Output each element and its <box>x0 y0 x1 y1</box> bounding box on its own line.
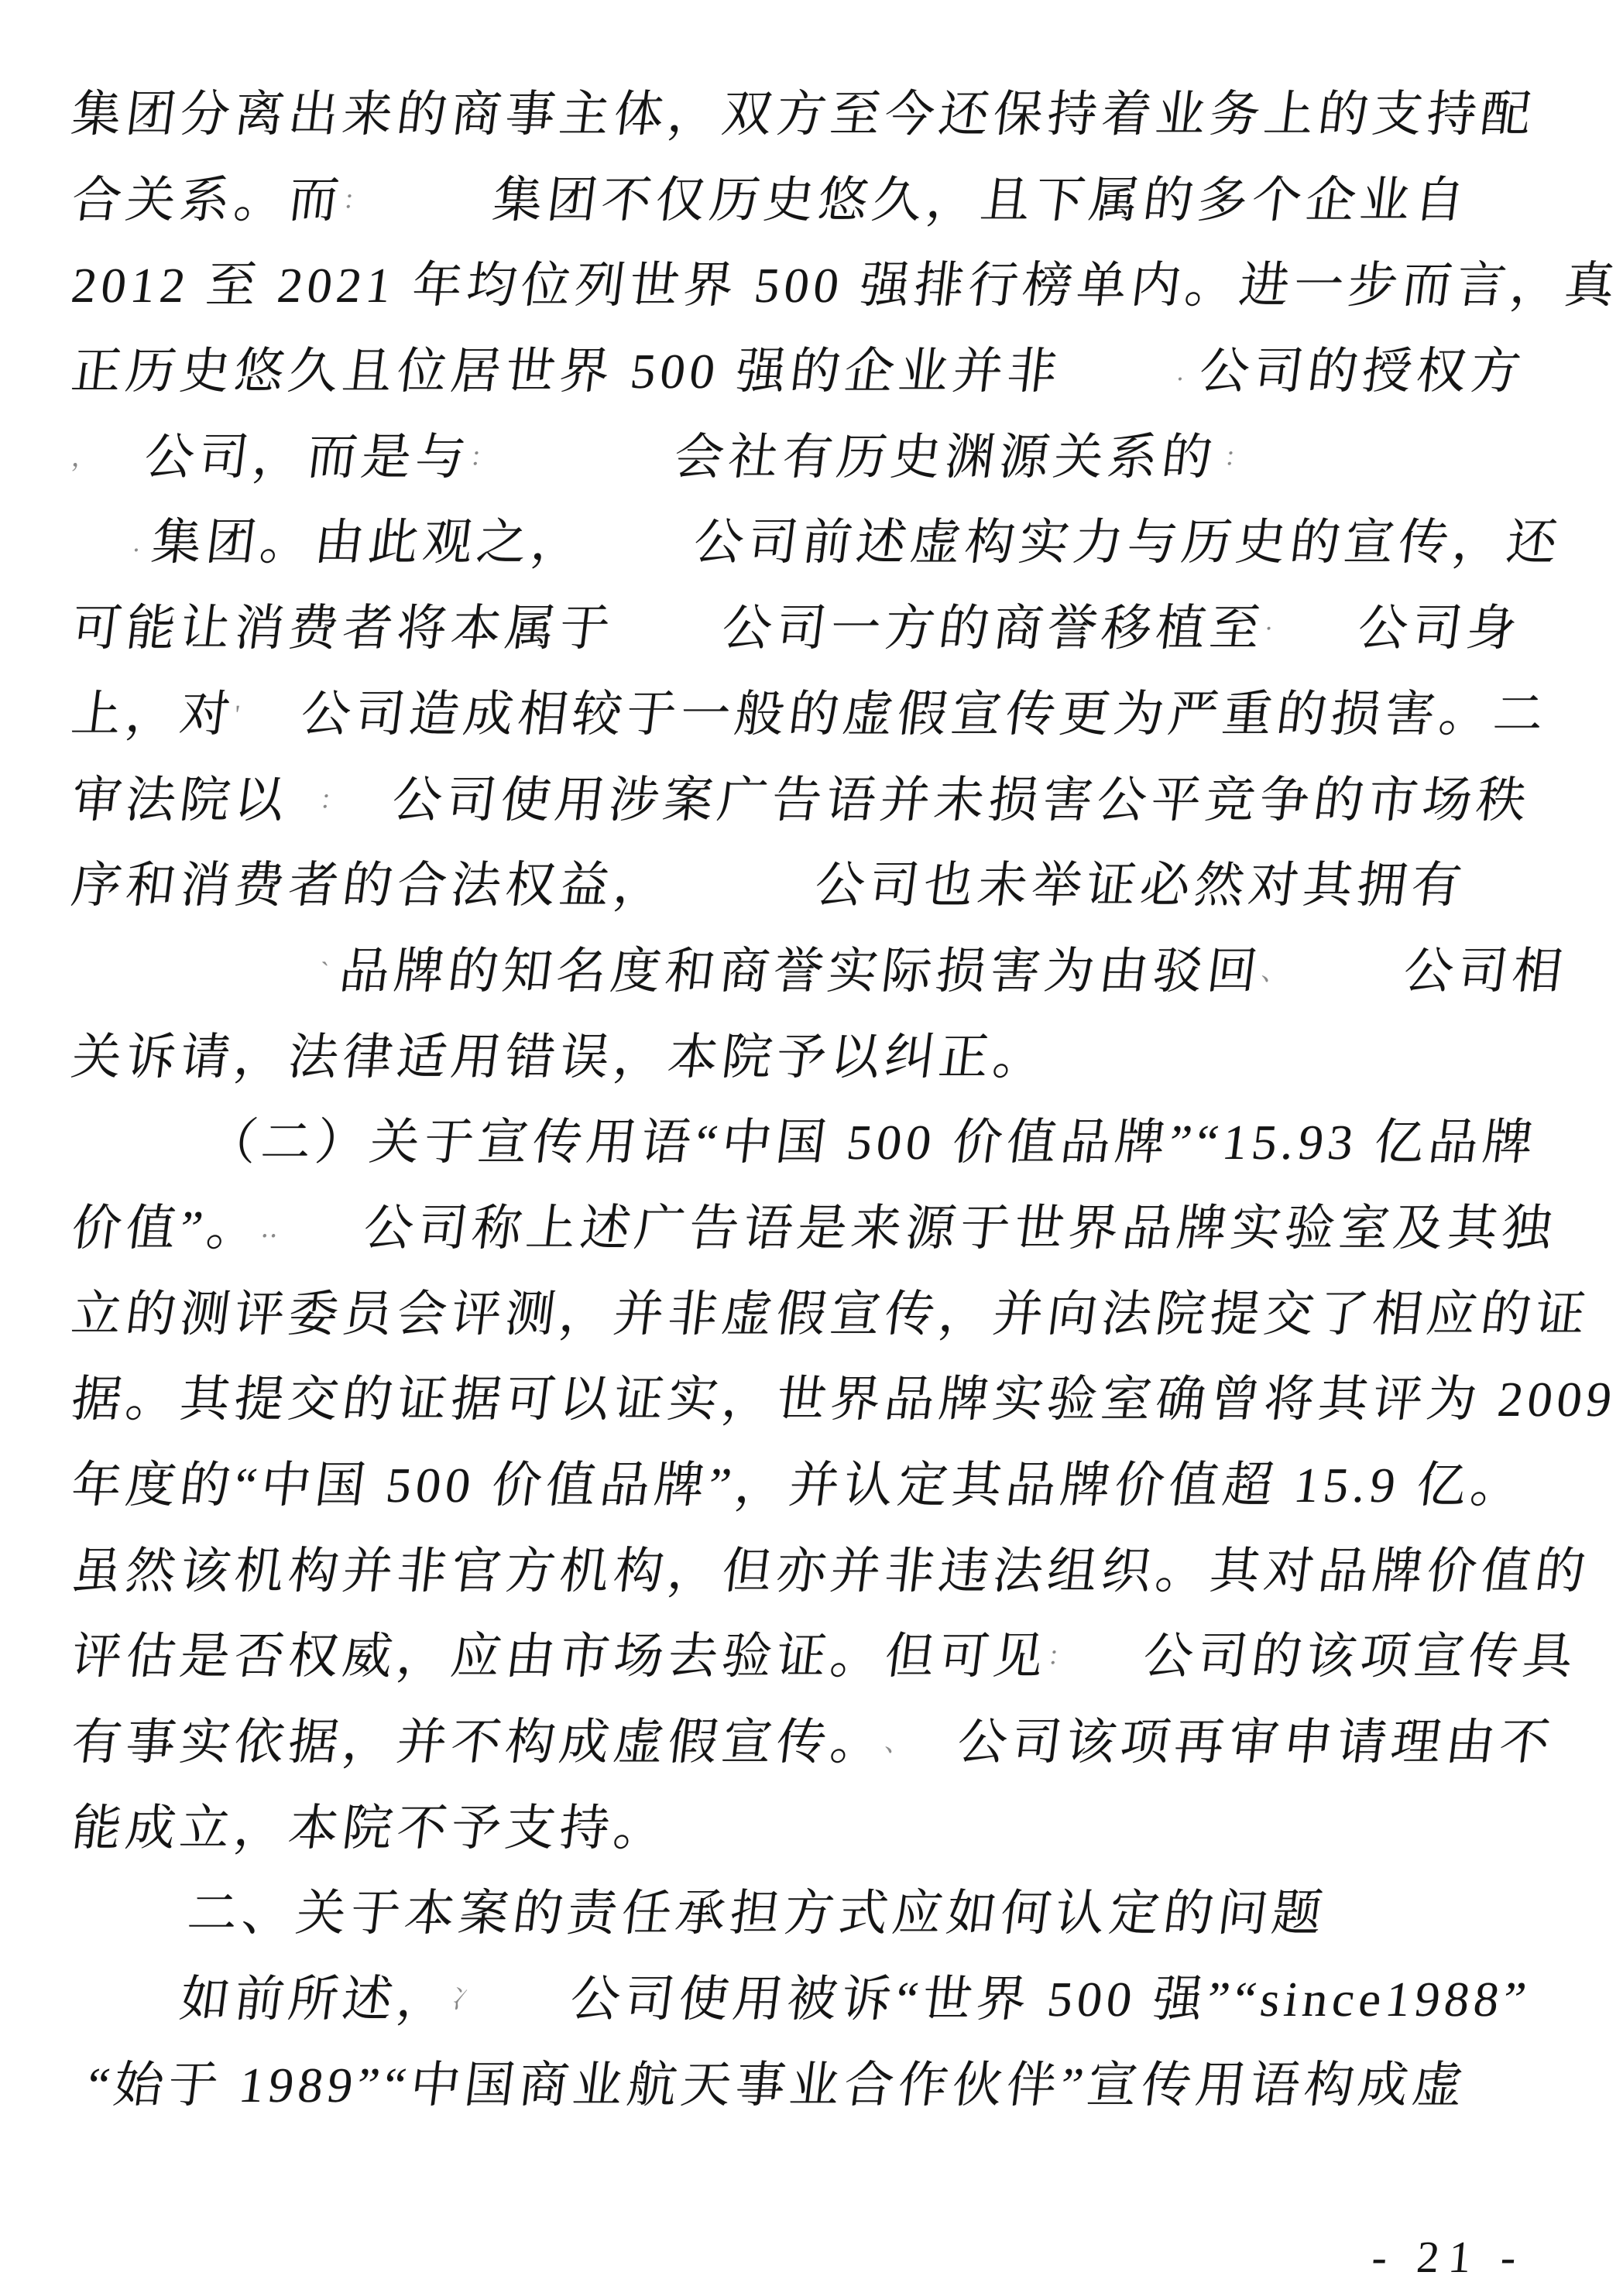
text-segment: 序和消费者的合法权益， <box>68 858 671 913</box>
text-line: 合关系。而：集团不仅历史悠久，且下属的多个企业自 <box>65 173 1605 259</box>
text-line: 2012 至 2021 年均位列世界 500 强排行榜单内。进一步而言，真 <box>65 258 1605 344</box>
redaction-mark: ， <box>68 430 101 486</box>
redaction-gap <box>1286 982 1403 988</box>
text-line: 价值”。‥公司称上述广告语是来源于世界品牌实验室及其独 <box>65 1201 1605 1287</box>
text-segment: 上，对 <box>68 687 238 742</box>
redaction-gap <box>96 468 143 474</box>
redaction-gap <box>1072 1667 1142 1673</box>
text-line: （二）关于宣传用语“中国 500 价值品牌”“15.93 亿品牌 <box>65 1115 1605 1201</box>
redaction-mark: ： <box>1220 430 1254 486</box>
text-line: 虽然该机构并非官方机构，但亦并非违法组织。其对品牌价值的 <box>65 1544 1605 1629</box>
redaction-gap <box>139 553 151 559</box>
text-line: 有事实依据，并不构成虚假宣传。、公司该项再审申请理由不 <box>65 1715 1605 1801</box>
text-segment: 有事实依据，并不构成虚假宣传。 <box>68 1715 888 1770</box>
text-segment: 公司称上述广告语是来源于世界品牌实验室及其独 <box>360 1201 1560 1256</box>
text-segment: 集团不仅历史悠久，且下属的多个企业自 <box>489 173 1472 228</box>
text-segment: 公司相 <box>1401 944 1570 999</box>
text-line: .集团。由此观之，公司前述虚构实力与历史的宣传，还 <box>65 515 1605 601</box>
text-line: `品牌的知名度和商誉实际损害为由驳回、公司相 <box>65 944 1605 1030</box>
text-line: 年度的“中国 500 价值品牌”，并认定其品牌价值超 15.9 亿。 <box>65 1458 1605 1544</box>
text-segment: 公司的该项宣传具 <box>1140 1629 1580 1684</box>
text-line: 审法院以：公司使用涉案广告语并未损害公平竞争的市场秩 <box>65 773 1605 858</box>
text-line: 立的测评委员会评测，并非虚假宣传，并向法院提交了相应的证 <box>65 1287 1605 1372</box>
text-segment: 公司该项再审申请理由不 <box>954 1715 1557 1770</box>
text-line: 关诉请，法律适用错误，本院予以纠正。 <box>65 1030 1605 1115</box>
text-segment: 集团分离出来的商事主体，双方至今还保持着业务上的支持配 <box>68 87 1539 142</box>
text-segment: 二、关于本案的责任承担方式应如何认定的问题 <box>184 1886 1330 1941</box>
text-line: 集团分离出来的商事主体，双方至今还保持着业务上的支持配 <box>65 87 1605 173</box>
text-segment: 公司，而是与 <box>141 430 473 485</box>
text-segment: 价值”。 <box>68 1201 264 1256</box>
text-segment: 审法院以 <box>68 773 292 828</box>
text-line: 上，对'公司造成相较于一般的虚假宣传更为严重的损害。二 <box>65 687 1605 773</box>
redaction-gap <box>70 553 132 559</box>
redaction-gap <box>276 1239 362 1245</box>
text-segment: 公司身 <box>1355 601 1525 656</box>
text-line: 序和消费者的合法权益，公司也未举证必然对其拥有 <box>65 858 1605 944</box>
text-line: ，公司，而是与：会社有历史渊源关系的： <box>65 430 1605 516</box>
text-line: “始于 1989”“中国商业航天事业合作伙伴”宣传用语构成虚 <box>65 2058 1605 2144</box>
redaction-gap <box>327 982 339 988</box>
text-line: 可能让消费者将本属于公司一方的商誉移植至·公司身 <box>65 601 1605 687</box>
text-line: 评估是否权威，应由市场去验证。但可见：公司的该项宣传具 <box>65 1629 1605 1715</box>
redaction-gap <box>584 553 693 559</box>
text-line: 如前所述，冫公司使用被诉“世界 500 强”“since1988” <box>65 1972 1605 2058</box>
text-segment: 公司使用涉案广告语并未损害公平竞争的市场秩 <box>389 773 1534 828</box>
redaction-mark: ： <box>316 773 349 829</box>
redaction-gap <box>612 639 721 645</box>
text-segment: 公司也未举证必然对其拥有 <box>811 858 1469 913</box>
redaction-gap <box>475 2010 569 2016</box>
redaction-gap <box>237 725 300 731</box>
text-segment: 公司一方的商誉移植至 <box>719 601 1268 656</box>
redaction-mark: 、 <box>881 1715 914 1771</box>
redaction-mark: . <box>1174 344 1187 400</box>
redaction-gap <box>70 2096 86 2102</box>
text-segment: 据。其提交的证据可以证实，世界品牌实验室确曾将其评为 2009 <box>68 1372 1619 1427</box>
text-segment: 公司造成相较于一般的虚假宣传更为严重的损害。二 <box>298 687 1552 742</box>
text-segment: 公司使用被诉“世界 500 强”“since1988” <box>567 1972 1533 2027</box>
text-segment: 公司的授权方 <box>1196 344 1529 399</box>
text-block: 集团分离出来的商事主体，双方至今还保持着业务上的支持配合关系。而：集团不仅历史悠… <box>66 87 1595 2144</box>
text-segment: 如前所述， <box>177 1972 455 2027</box>
text-segment: （二）关于宣传用语“中国 500 价值品牌”“15.93 亿品牌 <box>204 1115 1540 1170</box>
redaction-gap <box>494 468 673 474</box>
text-segment: “始于 1989”“中国商业航天事业合作伙伴”宣传用语构成虚 <box>84 2058 1470 2113</box>
redaction-mark: ： <box>1044 1629 1077 1685</box>
text-segment: 会社有历史渊源关系的 <box>671 430 1220 485</box>
redaction-gap <box>70 2010 179 2016</box>
redaction-mark: . <box>130 516 143 571</box>
text-segment: 可能让消费者将本属于 <box>68 601 617 656</box>
redaction-gap <box>1059 382 1176 388</box>
redaction-gap <box>1271 639 1357 645</box>
text-line: 二、关于本案的责任承担方式应如何认定的问题 <box>65 1886 1605 1972</box>
document-page: 集团分离出来的商事主体，双方至今还保持着业务上的支持配合关系。而：集团不仅历史悠… <box>0 0 1623 2296</box>
text-segment: 能成立，本院不予支持。 <box>68 1801 671 1856</box>
text-line: 据。其提交的证据可以证实，世界品牌实验室确曾将其评为 2009 <box>65 1372 1605 1458</box>
redaction-gap <box>344 810 391 817</box>
redaction-gap <box>70 982 318 988</box>
redaction-mark: 冫 <box>448 1972 481 2028</box>
redaction-gap <box>1182 382 1199 388</box>
text-segment: 评估是否权威，应由市场去验证。但可见 <box>68 1629 1051 1684</box>
redaction-mark: 、 <box>1258 944 1292 1000</box>
redaction-gap <box>367 211 492 217</box>
text-segment: 品牌的知名度和商誉实际损害为由驳回 <box>337 944 1265 999</box>
text-segment: 正历史悠久且位居世界 500 强的企业并非 <box>68 344 1065 399</box>
redaction-gap <box>666 896 814 902</box>
text-segment: 虽然该机构并非官方机构，但亦并非违法组织。其对品牌价值的 <box>68 1544 1593 1599</box>
text-segment: 立的测评委员会评测，并非虚假宣传，并向法院提交了相应的证 <box>68 1287 1593 1342</box>
redaction-gap <box>287 810 318 817</box>
text-segment: 公司前述虚构实力与历史的宣传，还 <box>691 515 1565 571</box>
text-line: 能成立，本院不予支持。 <box>65 1801 1605 1886</box>
text-segment: 关诉请，法律适用错误，本院予以纠正。 <box>68 1030 1051 1085</box>
page-number: - 21 - <box>1370 2231 1528 2283</box>
text-line: 正历史悠久且位居世界 500 强的企业并非.公司的授权方 <box>65 344 1605 430</box>
redaction-mark: ` <box>316 944 331 1000</box>
text-segment: 合关系。而 <box>68 173 346 228</box>
redaction-gap <box>70 1924 187 1930</box>
redaction-gap <box>70 1153 206 1159</box>
text-segment: 2012 至 2021 年均位列世界 500 强排行榜单内。进一步而言，真 <box>68 258 1622 314</box>
text-segment: 年度的“中国 500 价值品牌”，并认定其品牌价值超 15.9 亿。 <box>68 1458 1529 1513</box>
text-segment: 集团。由此观之， <box>149 515 589 571</box>
redaction-gap <box>909 1753 956 1759</box>
